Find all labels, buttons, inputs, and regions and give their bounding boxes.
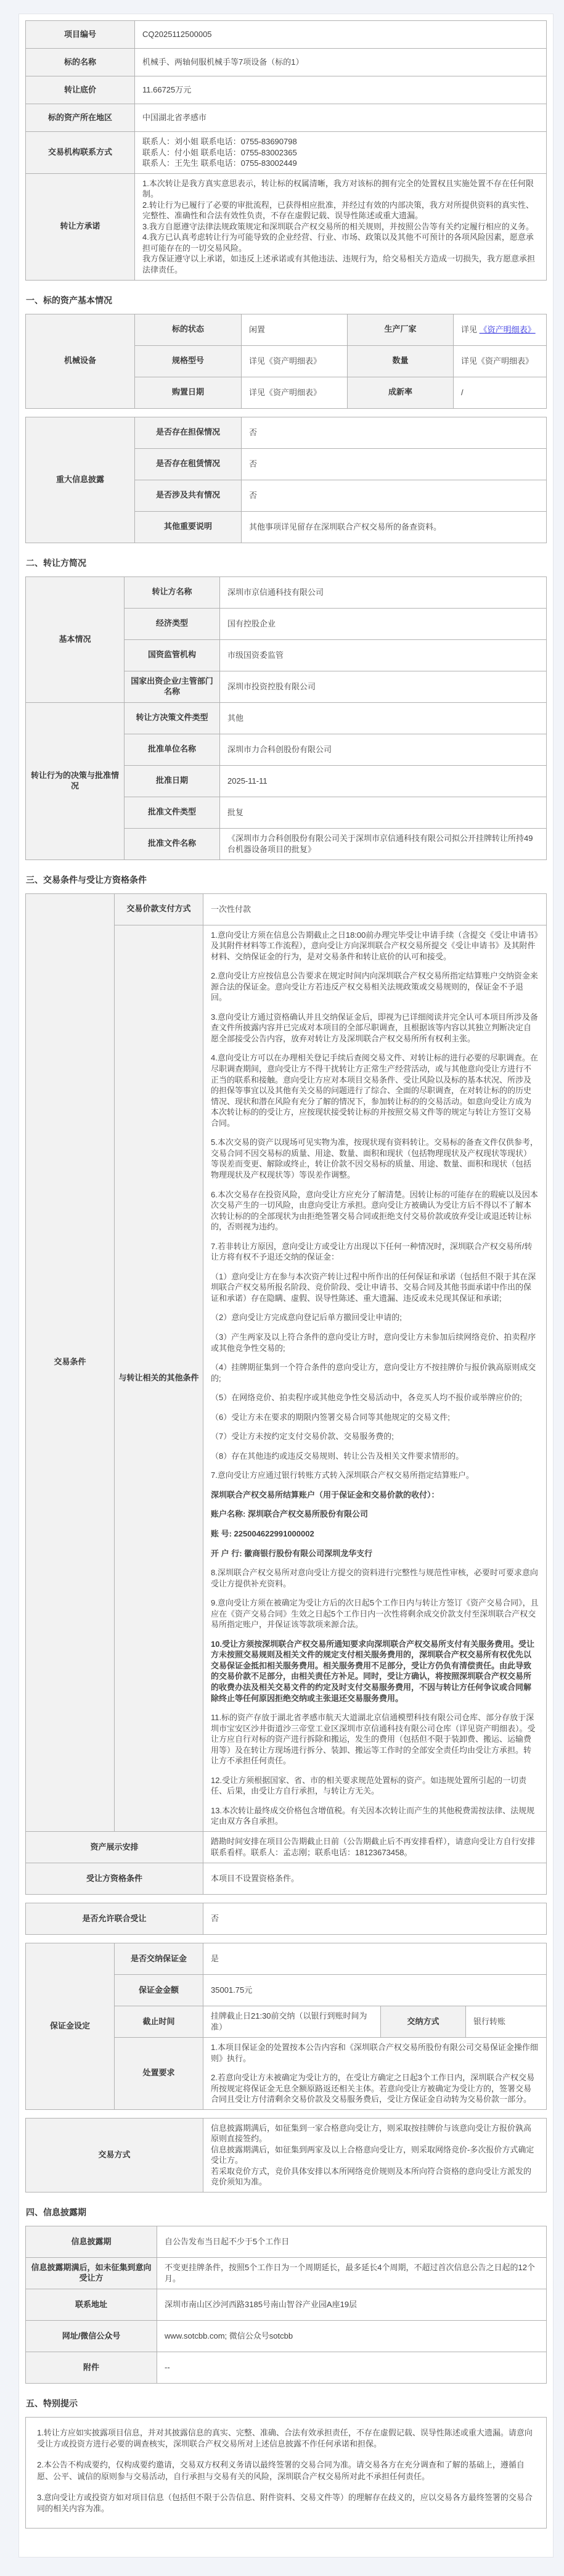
disclosure-table: 重大信息披露 是否存在担保情况 否 是否存在租赁情况 否 是否涉及共有情况 否 …: [25, 417, 547, 543]
equipment-group-label: 机械设备: [26, 314, 135, 408]
notice-paragraph: 2.本公告不构成要约，仅构成要约邀请，交易双方权利义务请以最终签署的交易合同为准…: [37, 2459, 535, 2482]
target-name-label: 标的名称: [26, 49, 135, 76]
table-row: 受让方资格条件 本项目不设置资格条件。: [26, 1863, 547, 1895]
notice-paragraph: 1.转让方应如实披露项目信息，并对其披露信息的真实、完整、准确、合法有效承担责任…: [37, 2427, 535, 2450]
approval-doc-type-label: 批准文件类型: [125, 797, 220, 828]
condition-paragraph: 11.标的资产存放于湖北省孝感市航天大道湖北京信通模塑科技有限公司仓库、部分存放…: [211, 1712, 539, 1766]
condition-paragraph: （1）意向受让方在参与本次资产转让过程中所作出的任何保证和承诺（包括但不限于其在…: [211, 1271, 539, 1304]
decision-doc-type-value: 其他: [220, 702, 547, 734]
deposit-group-label: 保证金设定: [26, 1943, 115, 2110]
equipment-table: 机械设备 标的状态 闲置 生产厂家 详见 《资产明细表》 规格型号 详见《资产明…: [25, 314, 547, 409]
section3-title: 三、交易条件与受让方资格条件: [26, 874, 547, 886]
promise-line: 我方保证遵守以上承诺，如违反上述承诺或有其他违法、违规行为，给交易相关方造成一切…: [142, 253, 539, 275]
promise-line: 2.转让行为已履行了必要的审批流程，已获得相应批准，并经过有效的内部决策，我方对…: [142, 200, 539, 221]
spec-model-value: 详见《资产明细表》: [242, 345, 348, 377]
approval-date-value: 2025-11-11: [220, 765, 547, 797]
economy-type-label: 经济类型: [125, 608, 220, 639]
asset-display-label: 资产展示安排: [26, 1832, 203, 1863]
joint-transfer-label: 是否允许联合受让: [26, 1903, 203, 1935]
disclosure-period-value: 自公告发布当日起不少于5个工作日: [157, 2226, 547, 2258]
co-ownership-label: 是否涉及共有情况: [135, 480, 242, 511]
condition-paragraph: （4）挂牌期征集到一个符合条件的意向受让方，意向受让方不按挂牌价与报价孰高原则成…: [211, 1362, 539, 1384]
trade-method-value: 信息披露期满后，如征集到一家合格意向受让方，则采取按挂牌价与该意向受让方报价孰高…: [203, 2118, 547, 2192]
condition-paragraph: 9.意向受让方须在被确定为受让方后的次日起5个工作日内与转让方签订《资产交易合同…: [211, 1598, 539, 1630]
contact-line: 联系人：刘小姐 联系电话：0755-83690798: [142, 136, 539, 147]
table-row: 机械设备 标的状态 闲置 生产厂家 详见 《资产明细表》: [26, 314, 547, 345]
deposit-table: 保证金设定 是否交纳保证金 是 保证金金额 35001.75元 截止时间 挂牌截…: [25, 1943, 547, 2110]
quantity-label: 数量: [348, 345, 454, 377]
contact-line: 联系人：付小姐 联系电话：0755-83002365: [142, 147, 539, 158]
announcement-card: 项目编号 CQ2025112500005 标的名称 机械手、两轴伺服机械手等7项…: [18, 14, 554, 2558]
economy-type-value: 国有控股企业: [220, 608, 547, 639]
table-row: 标的资产所在地区 中国湖北省孝感市: [26, 104, 547, 132]
basic-info-group-label: 基本情况: [26, 576, 125, 702]
newness-rate-value: /: [454, 377, 547, 408]
table-row: 网址/微信公众号 www.sotcbb.com; 微信公众号sotcbb: [26, 2321, 547, 2352]
deposit-amount-label: 保证金金额: [115, 1975, 203, 2006]
table-row: 交易方式 信息披露期满后，如征集到一家合格意向受让方，则采取按挂牌价与该意向受让…: [26, 2118, 547, 2192]
approval-unit-value: 深圳市力合科创股份有限公司: [220, 734, 547, 765]
deposit-required-label: 是否交纳保证金: [115, 1943, 203, 1975]
deposit-disposal-value: 1.本项目保证金的处置按本公告内容和《深圳联合产权交易所股份有限公司交易保证金操…: [203, 2038, 547, 2110]
table-row: 转让底价 11.66725万元: [26, 76, 547, 104]
disclosure-period-table: 信息披露期 自公告发布当日起不少于5个工作日 信息披露期满后，如未征集到意向受让…: [25, 2226, 547, 2384]
condition-paragraph: （5）在网络竞价、拍卖程序或其他竞争性交易活动中，各竞买人均不报价或举牌应价的;: [211, 1392, 539, 1403]
deposit-required-value: 是: [203, 1943, 547, 1975]
other-notes-label: 其他重要说明: [135, 511, 242, 543]
deposit-disposal-label: 处置要求: [115, 2038, 203, 2110]
trade-method-line: 若采取竞价方式，竞价具体安排以本所网络竞价规则及本所向符合资格的意向受让方派发的…: [211, 2166, 539, 2188]
trade-method-label: 交易方式: [26, 2118, 203, 2192]
transferee-qualification-label: 受让方资格条件: [26, 1863, 203, 1895]
transferee-qualification-value: 本项目不设置资格条件。: [203, 1863, 547, 1895]
guarantee-label: 是否存在担保情况: [135, 417, 242, 448]
condition-paragraph: 2.意向受让方应按信息公告要求在规定时间内向深圳联合产权交易所指定结算账户交纳资…: [211, 970, 539, 1003]
guarantee-value: 否: [242, 417, 547, 448]
joint-transfer-table: 是否允许联合受让 否: [25, 1903, 547, 1935]
settlement-account-name: 账户名称: 深圳联合产权交易所股份有限公司: [211, 1509, 539, 1520]
extension-rule-value: 不变更挂牌条件，按照5个工作日为一个周期延长，最多延长4个周期，不超过首次信息公…: [157, 2258, 547, 2289]
condition-paragraph: （2）意向受让方完成意向登记后单方撤回受让申请的;: [211, 1312, 539, 1323]
trade-method-line: 信息披露期满后，如征集到一家合格意向受让方，则采取按挂牌价与该意向受让方报价孰高…: [211, 2123, 539, 2144]
contact-address-value: 深圳市南山区沙河西路3185号南山智谷产业园A座19层: [157, 2289, 547, 2321]
condition-paragraph: 10.受让方须按深圳联合产权交易所通知要求向深圳联合产权交易所支付有关服务费用。…: [211, 1639, 539, 1704]
approval-doc-type-value: 批复: [220, 797, 547, 828]
target-name-value: 机械手、两轴伺服机械手等7项设备（标的1）: [135, 49, 547, 76]
table-row: 转让行为的决策与批准情况 转让方决策文件类型 其他: [26, 702, 547, 734]
see-also-text: 详见: [461, 325, 480, 334]
purchase-date-label: 购置日期: [135, 377, 242, 408]
spec-model-label: 规格型号: [135, 345, 242, 377]
settlement-account-bank: 开 户 行: 徽商银行股份有限公司深圳龙华支行: [211, 1548, 539, 1559]
contact-address-label: 联系地址: [26, 2289, 157, 2321]
state-enterprise-value: 深圳市投资控股有限公司: [220, 671, 547, 702]
page-background: 项目编号 CQ2025112500005 标的名称 机械手、两轴伺服机械手等7项…: [0, 0, 564, 2576]
table-row: 项目编号 CQ2025112500005: [26, 21, 547, 49]
deposit-amount-value: 35001.75元: [203, 1975, 547, 2006]
table-row: 保证金设定 是否交纳保证金 是: [26, 1943, 547, 1975]
condition-paragraph: （8）存在其他违约或违反交易规则、转让公告及相关文件要求情形的。: [211, 1451, 539, 1462]
condition-paragraph: 7.若非转让方原因，意向受让方或受让方出现以下任何一种情况时，深圳联合产权交易所…: [211, 1241, 539, 1263]
approval-group-label: 转让行为的决策与批准情况: [26, 702, 125, 859]
attachment-label: 附件: [26, 2352, 157, 2384]
project-number-value: CQ2025112500005: [135, 21, 547, 49]
settlement-account-title: 深圳联合产权交易所结算账户（用于保证金和交易价款的收付）：: [211, 1490, 539, 1501]
trade-conditions-table: 交易条件 交易价款支付方式 一次性付款 与转让相关的其他条件 1.意向受让方须在…: [25, 893, 547, 1895]
payment-method-value: 一次性付款: [203, 893, 547, 925]
target-status-label: 标的状态: [135, 314, 242, 345]
approval-doc-name-value: 《深圳市力合科创股份有限公司关于深圳市京信通科技有限公司拟公开挂牌转让所持49台…: [220, 828, 547, 859]
table-row: 联系地址 深圳市南山区沙河西路3185号南山智谷产业园A座19层: [26, 2289, 547, 2321]
project-summary-table: 项目编号 CQ2025112500005 标的名称 机械手、两轴伺服机械手等7项…: [25, 20, 547, 281]
sasac-label: 国资监管机构: [125, 639, 220, 671]
table-row: 交易条件 交易价款支付方式 一次性付款: [26, 893, 547, 925]
promise-line: 1.本次转让是我方真实意思表示，转让标的权属清晰，我方对该标的拥有完全的处置权且…: [142, 178, 539, 200]
table-row: 重大信息披露 是否存在担保情况 否: [26, 417, 547, 448]
table-row: 交易机构联系方式 联系人：刘小姐 联系电话：0755-83690798 联系人：…: [26, 132, 547, 174]
decision-doc-type-label: 转让方决策文件类型: [125, 702, 220, 734]
lease-value: 否: [242, 448, 547, 480]
asset-region-value: 中国湖北省孝感市: [135, 104, 547, 132]
condition-paragraph: （7）受让方未按约定支付交易价款、交易服务费的;: [211, 1431, 539, 1442]
promise-line: 4.我方已认真考虑转让行为可能导致的企业经营、行业、市场、政策以及其他不可预计的…: [142, 232, 539, 253]
condition-paragraph: 13.本次转让最终成交价格包含增值税。有关因本次转让而产生的其他税费需按法律、法…: [211, 1805, 539, 1827]
other-notes-value: 其他事项详见留存在深圳联合产权交易所的备查资料。: [242, 511, 547, 543]
table-row: 是否允许联合受让 否: [26, 1903, 547, 1935]
deposit-method-value: 银行转账: [466, 2006, 547, 2038]
condition-paragraph: 3.意向受让方通过资格确认并且交纳保证金后，即视为已详细阅读并完全认可本项目所涉…: [211, 1012, 539, 1044]
extension-rule-label: 信息披露期满后，如未征集到意向受让方: [26, 2258, 157, 2289]
trade-method-table: 交易方式 信息披露期满后，如征集到一家合格意向受让方，则采取按挂牌价与该意向受让…: [25, 2118, 547, 2192]
transferor-table: 基本情况 转让方名称 深圳市京信通科技有限公司 经济类型 国有控股企业 国资监管…: [25, 576, 547, 860]
table-row: 转让方承诺 1.本次转让是我方真实意思表示，转让标的权属清晰，我方对该标的拥有完…: [26, 173, 547, 280]
promise-line: 3.我方自愿遵守法律法规政策规定和深圳联合产权交易所的相关规则，并按照公告等有关…: [142, 221, 539, 232]
co-ownership-value: 否: [242, 480, 547, 511]
trade-conditions-group-label: 交易条件: [26, 893, 115, 1831]
approval-doc-name-label: 批准文件名称: [125, 828, 220, 859]
deposit-deadline-label: 截止时间: [115, 2006, 203, 2038]
trade-method-line: 信息披露期满后，如征集到两家及以上合格意向受让方，则采取网络竞价-多次报价方式确…: [211, 2144, 539, 2166]
condition-paragraph: 4.意向受让方可以在办理相关登记手续后查阅交易文件、对转让标的进行必要的尽职调查…: [211, 1052, 539, 1128]
website-wechat-label: 网址/微信公众号: [26, 2321, 157, 2352]
floor-price-value: 11.66725万元: [135, 76, 547, 104]
table-row: 基本情况 转让方名称 深圳市京信通科技有限公司: [26, 576, 547, 608]
table-row: 信息披露期 自公告发布当日起不少于5个工作日: [26, 2226, 547, 2258]
condition-paragraph: 5.本次交易的资产以现场可见实物为准，按现状现有资料转让。交易标的备查文件仅供参…: [211, 1137, 539, 1180]
table-row: 信息披露期满后，如未征集到意向受让方 不变更挂牌条件，按照5个工作日为一个周期延…: [26, 2258, 547, 2289]
project-number-label: 项目编号: [26, 21, 135, 49]
approval-unit-label: 批准单位名称: [125, 734, 220, 765]
asset-region-label: 标的资产所在地区: [26, 104, 135, 132]
settlement-account-number: 账 号: 225004622991000002: [211, 1528, 539, 1540]
asset-detail-link[interactable]: 《资产明细表》: [480, 325, 536, 334]
disclosure-group-label: 重大信息披露: [26, 417, 135, 543]
floor-price-label: 转让底价: [26, 76, 135, 104]
condition-paragraph: 12.受让方须根据国家、省、市的相关要求规范处置标的资产。如违规处置所引起的一切…: [211, 1775, 539, 1797]
disposal-paragraph: 1.本项目保证金的处置按本公告内容和《深圳联合产权交易所股份有限公司交易保证金操…: [211, 2042, 539, 2064]
joint-transfer-value: 否: [203, 1903, 547, 1935]
condition-paragraph: 1.意向受让方须在信息公告期截止之日18:00前办理完毕受让申请手续（含提交《受…: [211, 930, 539, 962]
agency-contact-label: 交易机构联系方式: [26, 132, 135, 174]
transferor-promise-label: 转让方承诺: [26, 173, 135, 280]
newness-rate-label: 成新率: [348, 377, 454, 408]
transferor-name-label: 转让方名称: [125, 576, 220, 608]
disposal-paragraph: 2.若意向受让方未被确定为受让方的，在受让方确定之日起3个工作日内，深圳联合产权…: [211, 2072, 539, 2105]
lease-label: 是否存在租赁情况: [135, 448, 242, 480]
condition-paragraph: 6.本次交易存在投资风险，意向受让方应充分了解清楚。因转让标的可能存在的瑕疵以及…: [211, 1189, 539, 1233]
payment-method-label: 交易价款支付方式: [115, 893, 203, 925]
manufacturer-label: 生产厂家: [348, 314, 454, 345]
special-notice-box: 1.转让方应如实披露项目信息，并对其披露信息的真实、完整、准确、合法有效承担责任…: [25, 2417, 547, 2529]
purchase-date-value: 详见《资产明细表》: [242, 377, 348, 408]
transferor-promise-value: 1.本次转让是我方真实意思表示，转让标的权属清晰，我方对该标的拥有完全的处置权且…: [135, 173, 547, 280]
section2-title: 二、转让方简况: [26, 557, 547, 569]
notice-paragraph: 3.意向受让方或投资方如对项目信息（包括但不限于公告信息、附件资料、交易文件等）…: [37, 2492, 535, 2514]
condition-paragraph: 7.意向受让方应通过银行转账方式转入深圳联合产权交易所指定结算账户。: [211, 1470, 539, 1481]
attachment-value: --: [157, 2352, 547, 2384]
deposit-deadline-value: 挂牌截止日21:30前交纳（以银行到账时间为准）: [203, 2006, 381, 2038]
quantity-value: 详见《资产明细表》: [454, 345, 547, 377]
sasac-value: 市级国资委监管: [220, 639, 547, 671]
table-row: 资产展示安排 踏勘时间安排在项目公告期截止日前（公告期截止后不再安排看样），请意…: [26, 1832, 547, 1863]
approval-date-label: 批准日期: [125, 765, 220, 797]
condition-paragraph: （6）受让方未在要求的期限内签署交易合同等其他规定的交易文件;: [211, 1412, 539, 1423]
other-conditions-label: 与转让相关的其他条件: [115, 925, 203, 1831]
table-row: 标的名称 机械手、两轴伺服机械手等7项设备（标的1）: [26, 49, 547, 76]
contact-line: 联系人：王先生 联系电话：0755-83002449: [142, 158, 539, 169]
condition-paragraph: （3）产生两家及以上符合条件的意向受让方时，意向受让方未参加后续网络竞价、拍卖程…: [211, 1332, 539, 1353]
deposit-method-label: 交纳方式: [381, 2006, 466, 2038]
transferor-name-value: 深圳市京信通科技有限公司: [220, 576, 547, 608]
manufacturer-value: 详见 《资产明细表》: [454, 314, 547, 345]
section4-title: 四、信息披露期: [26, 2206, 547, 2218]
section1-title: 一、标的资产基本情况: [26, 294, 547, 306]
state-enterprise-label: 国家出资企业/主管部门名称: [125, 671, 220, 702]
section5-title: 五、特别提示: [26, 2397, 547, 2410]
other-conditions-value: 1.意向受让方须在信息公告期截止之日18:00前办理完毕受让申请手续（含提交《受…: [203, 925, 547, 1831]
table-row: 附件 --: [26, 2352, 547, 2384]
website-wechat-value: www.sotcbb.com; 微信公众号sotcbb: [157, 2321, 547, 2352]
target-status-value: 闲置: [242, 314, 348, 345]
asset-display-value: 踏勘时间安排在项目公告期截止日前（公告期截止后不再安排看样），请意向受让方自行安…: [203, 1832, 547, 1863]
condition-paragraph: 8.深圳联合产权交易所对意向受让方提交的资料进行完整性与规范性审核，必要时可要求…: [211, 1567, 539, 1589]
agency-contact-value: 联系人：刘小姐 联系电话：0755-83690798 联系人：付小姐 联系电话：…: [135, 132, 547, 174]
disclosure-period-label: 信息披露期: [26, 2226, 157, 2258]
